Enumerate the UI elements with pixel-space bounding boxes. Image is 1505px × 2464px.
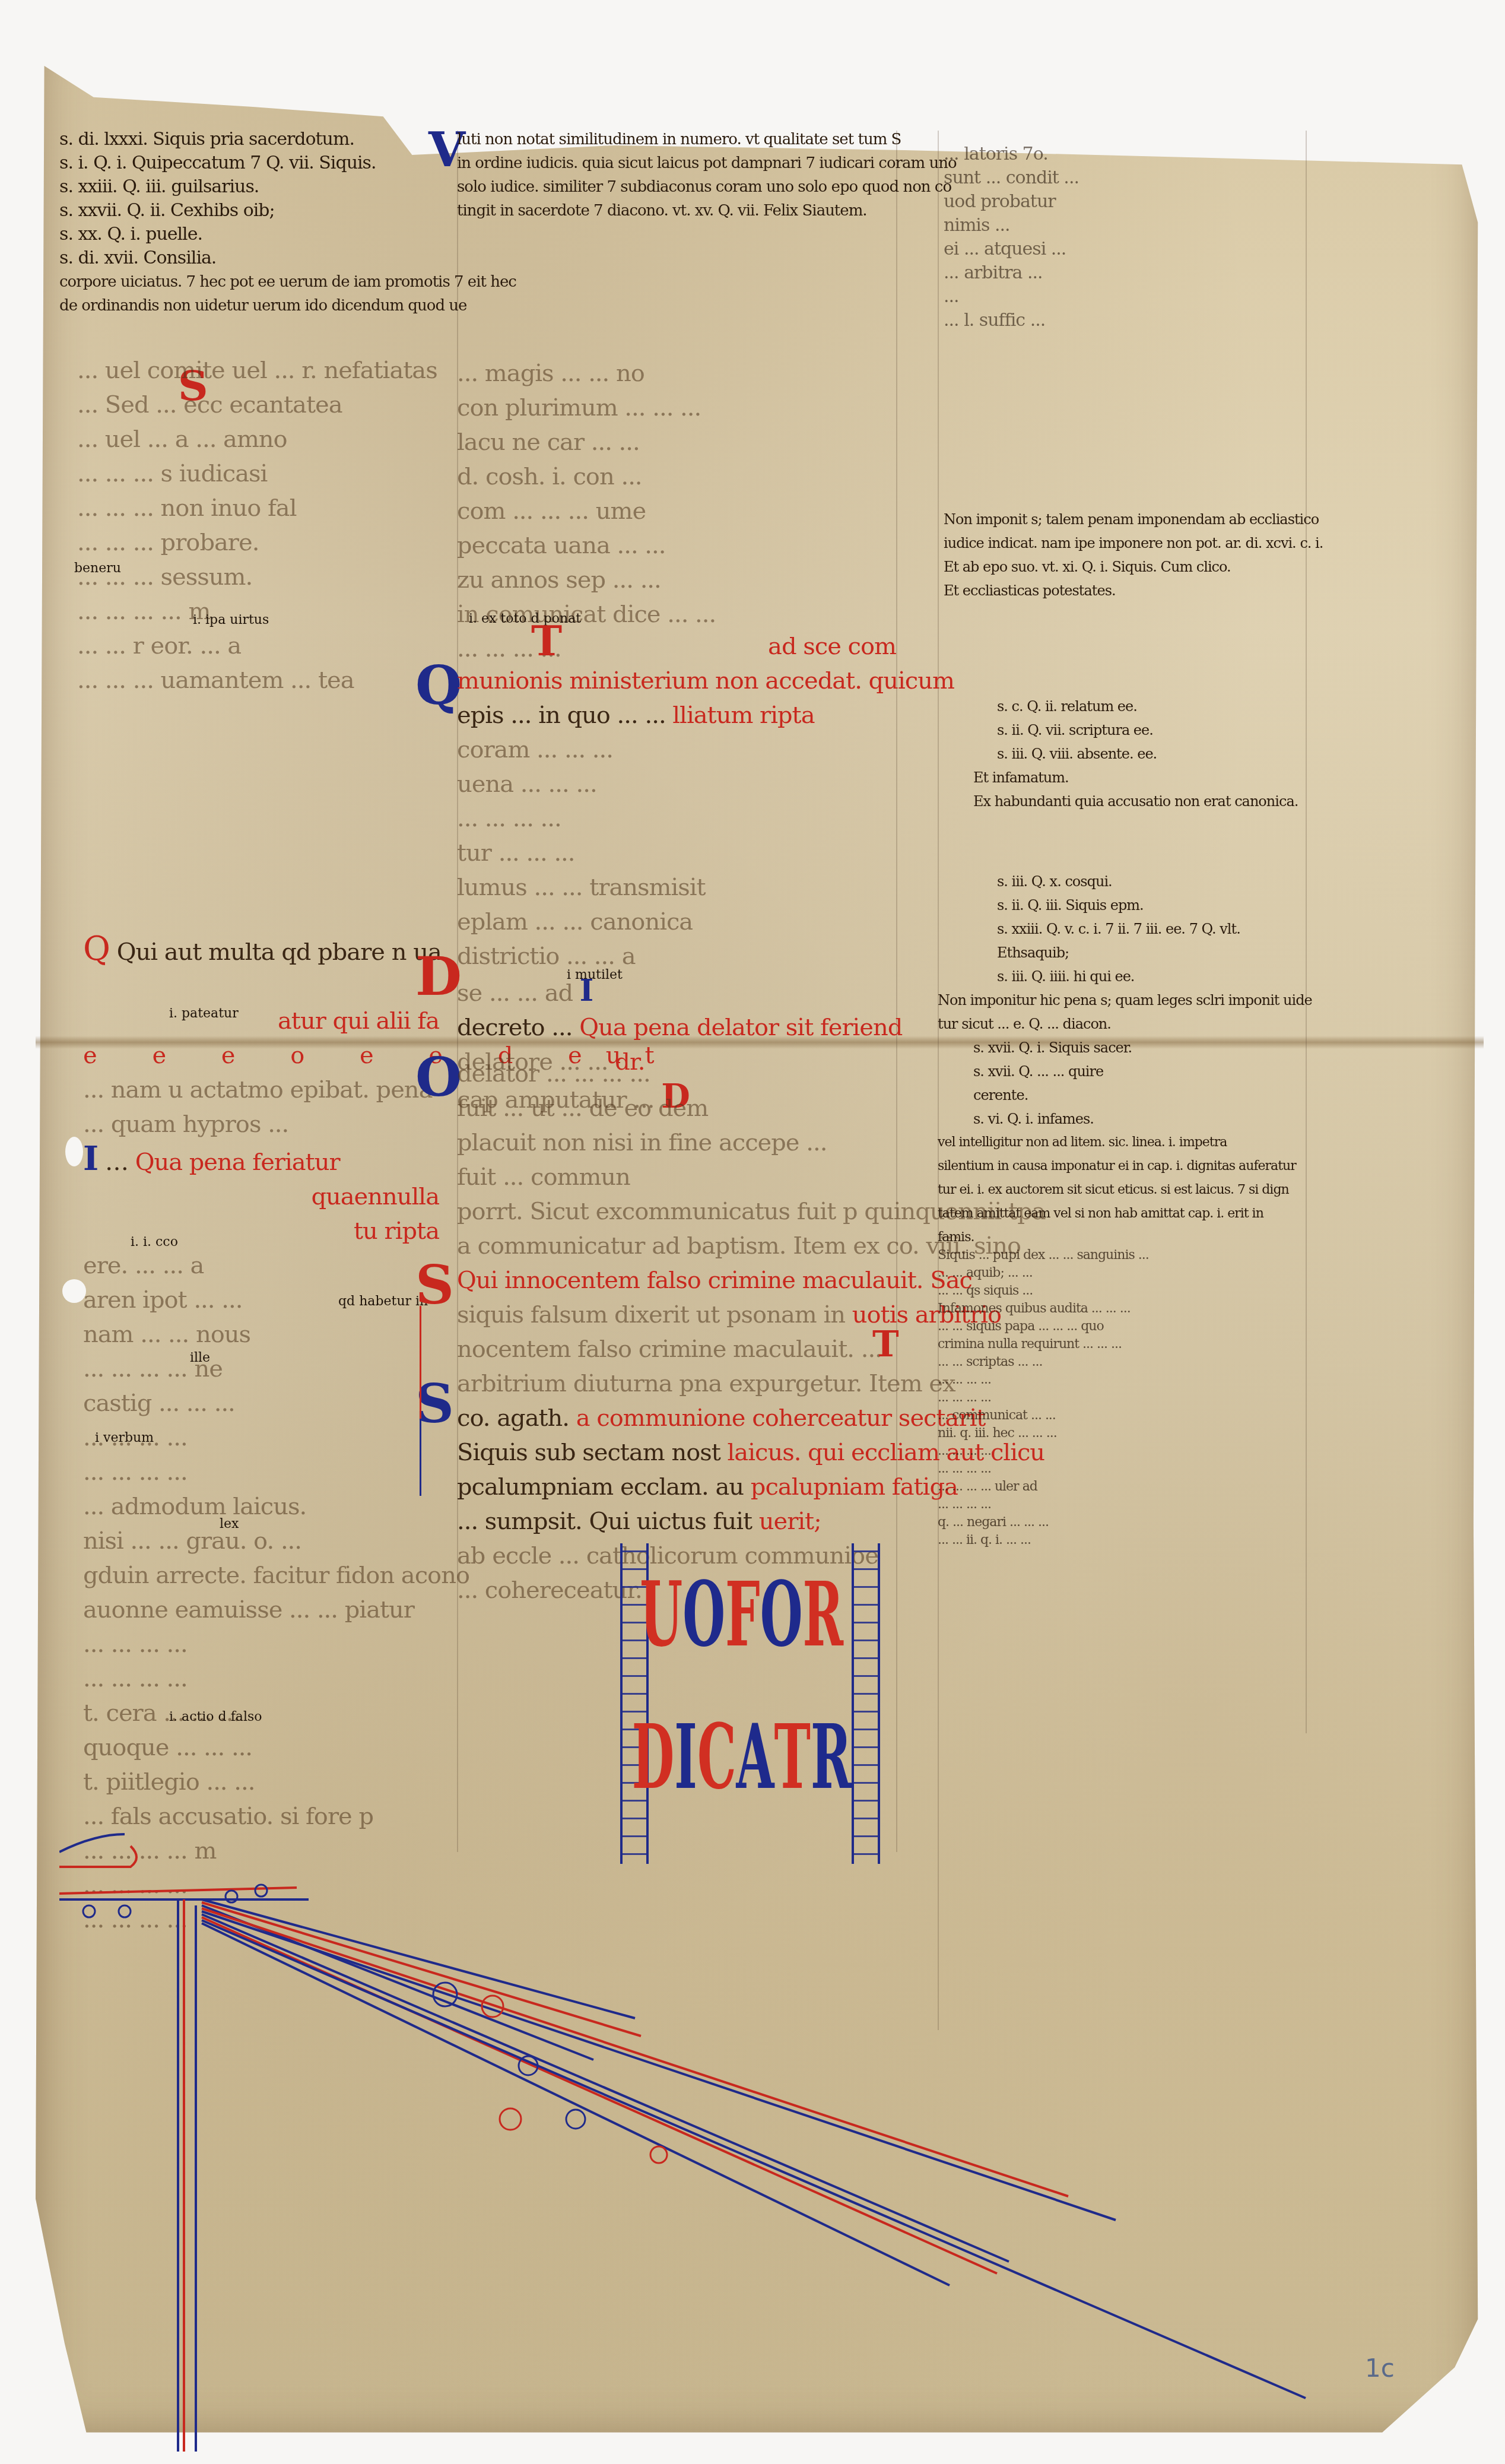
text-line: coram ... ... ... [457,732,896,767]
gloss-line: s. iii. Q. iiii. hi qui ee. [973,965,1306,988]
gloss-line: ... ... ii. q. i. ... ... [938,1531,1353,1549]
display-letter: R [811,1698,849,1816]
initial-s-red: S [415,1258,454,1312]
text-line: ... ... ... sessum. [77,560,433,594]
marginal-note: i verbum [95,1431,154,1445]
rubric-span: tu ripta [354,1217,439,1245]
gloss-line: Non imponit s; talem penam imponendam ab… [944,508,1312,531]
gloss-line: silentium in causa imponatur ei in cap. … [938,1155,1306,1178]
text-line: porrt. Sicut excommunicatus fuit p quinq… [457,1194,896,1229]
right-gloss-2: s. c. Q. ii. relatum ee. s. ii. Q. vii. … [973,695,1306,813]
initial-d-red-margin: D [415,950,462,1003]
gloss-line: Ex habundanti quia accusatio non erat ca… [973,789,1306,813]
right-gloss-4: Non imponitur hic pena s; quam leges scl… [938,988,1306,1250]
marginal-note: i. i. cco [131,1235,178,1250]
rubric-line: Q Qui aut multa qd pbare n ua [83,932,439,969]
text-line: placuit non nisi in fine accepe ... [457,1125,896,1160]
gloss-line: uod probatur [944,190,1300,214]
text-line: a communicatur ad baptism. Item ex co. v… [457,1229,896,1263]
gloss-line: ... ... ... ... uler ad [938,1478,1353,1496]
display-letter: O [760,1555,801,1674]
gloss-line: luti non notat similitudinem in numero. … [457,128,920,151]
gloss-line: Siquis ... pupi dex ... ... sanguinis ..… [938,1247,1353,1264]
gloss-line: s. xxvii. Q. ii. Cexhibs oib; [59,199,451,223]
text-line: zu annos sep ... ... [457,563,896,597]
gloss-line: s. xvii. Q. ... ... quire [938,1060,1306,1083]
text-line: lacu ne car ... ... [457,425,896,459]
display-letter: O [682,1555,723,1674]
text-line: tur ... ... ... [457,836,896,870]
text-line: ... ... ... s iudicasi [77,456,433,491]
text-line: com ... ... ... ume [457,494,896,528]
gloss-line: de ordinandis non uidetur uerum ido dice… [59,294,451,318]
text-line: ... nam u actatmo epibat. pena [83,1073,439,1107]
text-span: decreto ... [457,1014,579,1041]
text-line: se ... ... ad I [457,973,896,1010]
gloss-line: Ethsaquib; [973,941,1306,965]
display-letter: I [674,1698,695,1816]
gloss-line: Et infamatum. [973,766,1306,789]
text-line: arbitrium diuturna pna expurgetur. Item … [457,1366,896,1401]
text-line: siquis falsum dixerit ut psonam in uotis… [457,1298,896,1332]
rubric-line: Qui innocentem falso crimine maculauit. … [457,1263,896,1298]
gloss-line: in ordine iudicis. quia sicut laicus pot… [457,151,920,175]
gloss-line: iudice indicat. nam ipe imponere non pot… [944,531,1312,555]
display-letter: F [725,1555,758,1674]
marginal-note: ille [190,1350,210,1365]
text-line: nisi ... ... grau. o. ... [83,1524,439,1558]
text-line: con plurimum ... ... ... [457,391,896,425]
gloss-line: s. xx. Q. i. puelle. [59,223,451,246]
gloss-line: tingit in sacerdote 7 diacono. vt. xv. Q… [457,199,920,223]
text-line: nocentem falso crimine maculauit. ... [457,1332,896,1366]
text-line: ... ... ... ... [83,1627,439,1661]
gloss-line: ... ... ... ... [938,1371,1353,1389]
display-letter: U [640,1555,681,1674]
rubric-span: lliatum ripta [672,702,814,729]
gloss-line: ei ... atquesi ... [944,237,1300,261]
gloss-line: ... l. suffic ... [944,309,1300,332]
gloss-line: solo iudice. similiter 7 subdiaconus cor… [457,175,920,199]
gloss-line: q. ... negari ... ... ... [938,1514,1353,1531]
center-main-column-middle: ad sce com munionis ministerium non acce… [457,629,896,1117]
text-line: ... ... ... uamantem ... tea [77,663,433,697]
text-line: t. piitlegio ... ... [83,1765,439,1799]
text-line: delator ... ... ... ... [457,1057,896,1091]
text-line [83,969,439,1004]
text-line: ... ... ... probare. [77,525,433,560]
text-line: ... ... ... ... [83,1661,439,1696]
text-line: ... ... r eor. ... a [77,629,433,663]
text-line: ... quam hypros ... [83,1107,439,1141]
folio-number: 1c [1365,2354,1395,2383]
gloss-line: s. di. lxxxi. Siquis pria sacerdotum. [59,128,451,151]
gloss-line: cerente. [938,1083,1306,1107]
rubric-span: Qui innocentem falso crimine maculauit. … [457,1267,972,1294]
text-line: d. cosh. i. con ... [457,459,896,494]
gloss-line: tatem amittat eam vel si non hab amittat… [938,1202,1306,1226]
gloss-line: ... latoris 7o. [944,142,1300,166]
rubric-span: Qua pena delator sit feriend [579,1014,902,1041]
gloss-line: tur sicut ... e. Q. ... diacon. [938,1012,1306,1036]
text-line: gduin arrecte. facitur fidon acono [83,1558,439,1593]
gloss-line: Non imponitur hic pena s; quam leges scl… [938,988,1306,1012]
gloss-line: ... ... aquib; ... ... [938,1264,1353,1282]
rubric-line: co. agath. a communione coherceatur sect… [457,1401,896,1435]
rubric-line: Siquis sub sectam nost laicus. qui eccli… [457,1435,896,1470]
marginal-note: i. ex toto d ponat [469,611,581,626]
rubric-line: e e e o e e d eut [83,1038,439,1073]
marginal-note: i. pateatur [169,1006,239,1021]
gloss-line: ... ... siquis papa ... ... ... quo [938,1318,1353,1336]
center-main-column-lower: delator ... ... ... ... fuit ... ut ... … [457,1057,896,1607]
display-letter: C [697,1698,734,1816]
gloss-line: ... ... ... ... [938,1460,1353,1478]
text-line: ... admodum laicus. [83,1489,439,1524]
gloss-line: s. di. xvii. Consilia. [59,246,451,270]
text-line: districtio ... ... a [457,939,896,973]
text-line: lumus ... ... transmisit [457,870,896,905]
initial-t-red-2: T [872,1327,899,1362]
top-right-gloss: ... latoris 7o. sunt ... condit ... uod … [944,142,1300,332]
right-gloss-5: Siquis ... pupi dex ... ... sanguinis ..… [938,1247,1353,1549]
initial-o-blue: O [415,1051,462,1104]
display-letter: D [632,1698,672,1816]
gloss-line: ... communicat ... ... [938,1407,1353,1425]
rubric-line: I … Qua pena feriatur [83,1141,439,1179]
text-span: epis ... in quo ... ... [457,702,672,729]
gloss-line: s. iii. Q. x. cosqui. [973,870,1306,893]
rubric-span: pcalupniam fatiga [751,1473,958,1501]
display-letter: A [736,1698,773,1816]
top-left-gloss: s. di. lxxxi. Siquis pria sacerdotum. s.… [59,128,451,318]
gloss-line: ... ... ... ... [938,1496,1353,1514]
right-gloss-3: s. iii. Q. x. cosqui. s. ii. Q. iii. Siq… [973,870,1306,988]
display-letter: T [774,1698,809,1816]
gloss-line: ... ... scriptas ... ... [938,1353,1353,1371]
text-line: ... ... ... non inuo fal [77,491,433,525]
text-span: ... sumpsit. Qui uictus fuit [457,1508,759,1535]
text-line: ... ... ... ... [457,801,896,836]
marginal-note: lex [220,1517,239,1531]
marginal-note: i. ipa uirtus [193,613,269,627]
rubric-line: pcalumpniam ecclam. au pcalupniam fatiga [457,1470,896,1504]
rubric-line: decreto ... Qua pena delator sit feriend [457,1010,896,1045]
gloss-line: nii. q. iii. hec ... ... ... [938,1425,1353,1442]
gloss-line: s. ii. Q. vii. scriptura ee. [973,718,1306,742]
gloss-line: s. xvii. Q. i. Siquis sacer. [938,1036,1306,1060]
gloss-line: s. c. Q. ii. relatum ee. [973,695,1306,718]
text-line: epis ... in quo ... ... lliatum ripta [457,698,896,732]
rubric-line: munionis ministerium non accedat. quicum [457,664,896,698]
display-letter: R [803,1555,842,1674]
right-gloss-1: Non imponit s; talem penam imponendam ab… [944,508,1312,602]
text-span: se ... ... ad [457,979,573,1007]
gloss-line: crimina nulla requirunt ... ... ... [938,1336,1353,1353]
gloss-line: vel intelligitur non ad litem. sic. line… [938,1131,1306,1155]
gloss-line: corpore uiciatus. 7 hec pot ee uerum de … [59,270,451,294]
gloss-line: s. iii. Q. viii. absente. ee. [973,742,1306,766]
gloss-line: famis. [938,1226,1306,1250]
text-line: eplam ... ... canonica [457,905,896,939]
text-line: ere. ... ... a [83,1248,439,1283]
gloss-line: s. xxiii. Q. iii. guilsarius. [59,175,451,199]
marginal-note: i. actio d falso [169,1710,262,1724]
parchment-hole [62,1279,86,1303]
text-line: castig ... ... ... [83,1386,439,1420]
rubric-line: ... sumpsit. Qui uictus fuit uerit; [457,1504,896,1539]
parchment-hole [65,1137,83,1166]
text-span: siquis falsum dixerit ut psonam in [457,1301,852,1328]
blue-pen-line [420,1419,421,1496]
marginal-note: qd habetur in [338,1294,428,1309]
initial-q-blue: Q [415,659,462,712]
marginal-note: beneru [74,561,121,576]
gloss-line: s. ii. Q. iii. Siquis epm. [973,893,1306,917]
gloss-line: tur ei. i. ex auctorem sit sicut eticus.… [938,1178,1306,1202]
gloss-line: s. i. Q. i. Quipeccatum 7 Q. vii. Siquis… [59,151,451,175]
text-line: quoque ... ... ... [83,1730,439,1765]
gloss-line: Infamones quibus audita ... ... ... [938,1300,1353,1318]
display-row-2: D I C A T R [675,1698,806,1816]
rubric-line: quaennulla [83,1179,439,1214]
text-line: peccata uana ... ... [457,528,896,563]
gloss-line: Et ab epo suo. vt. xi. Q. i. Siquis. Cum… [944,555,1312,579]
rubric-line: atur qui alii fa [83,1004,439,1038]
gloss-line: sunt ... condit ... [944,166,1300,190]
pen-flourish-decoration [59,1810,1365,2463]
rubric-span: ad sce com [768,633,896,660]
top-center-gloss: luti non notat similitudinem in numero. … [457,128,920,223]
rubric-span: Qua pena feriatur [135,1149,340,1176]
gloss-line: ... [944,285,1300,309]
text-line: ... uel comite uel ... r. nefatiatas [77,353,433,388]
gloss-line: ... ... qs siquis ... [938,1282,1353,1300]
red-pen-line [420,1306,421,1419]
text-line: auonne eamuisse ... ... piatur [83,1593,439,1627]
rubric-span: quaennulla [311,1183,439,1210]
gloss-line: Et eccliasticas potestates. [944,579,1312,602]
text-span: Qui aut multa qd pbare n ua [117,938,442,966]
gloss-line: s. vi. Q. i. infames. [938,1107,1306,1131]
text-line: fuit ... commun [457,1160,896,1194]
gloss-line: nimis ... [944,214,1300,237]
gloss-line: ... ... ... ... [938,1442,1353,1460]
text-line: ... magis ... ... no [457,356,896,391]
text-line: nam ... ... nous [83,1317,439,1352]
gloss-line: ... arbitra ... [944,261,1300,285]
gloss-line: s. xxiii. Q. v. c. i. 7 ii. 7 iii. ee. 7… [973,917,1306,941]
gloss-line: ... ... ... ... [938,1389,1353,1407]
left-main-column-upper: ... uel comite uel ... r. nefatiatas ...… [77,353,433,697]
text-line: uena ... ... ... [457,767,896,801]
text-line: ... uel ... a ... amno [77,422,433,456]
rubric-span: munionis ministerium non accedat. quicum [457,667,954,695]
marginal-note: i mutilet [567,968,623,982]
text-line: ... Sed ... ecc ecantatea [77,388,433,422]
initial-i: I [83,1139,98,1178]
rubric-span: a communione coherceatur sectarit [576,1404,986,1432]
rubric-span: uerit; [759,1508,821,1535]
display-row-1: U O F O R [675,1555,806,1674]
rubric-span: atur qui alii fa [278,1007,439,1035]
text-line: ... ... ... ... ne [83,1352,439,1386]
text-line: ... ... ... ... [83,1455,439,1489]
ruling-line [896,131,897,1852]
text-line: fuit ... ut ... de eo dem [457,1091,896,1125]
rubric-line: ad sce com [457,629,896,664]
initial-q: Q [83,930,110,968]
